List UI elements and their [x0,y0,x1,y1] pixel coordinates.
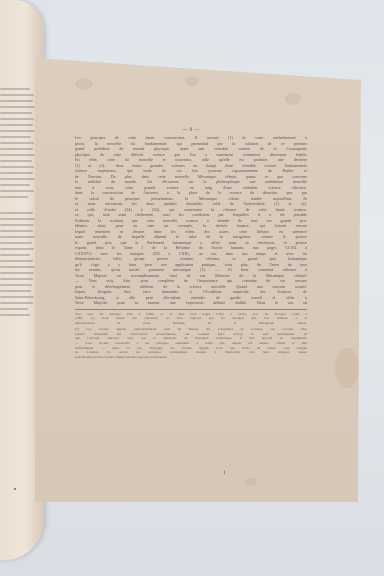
main-book-page: — 9 — Les principes de cette haute const… [35,58,361,502]
left-page-text-column [0,88,36,320]
foxing-stain [75,78,93,90]
footnotes: Sire, avec les marques (34) à (360), ce … [75,312,307,360]
foxing-stain [185,76,199,86]
foxing-stain [335,348,359,388]
footnote-line: démonstration de notre Réforme de la Méc… [75,321,307,326]
page-text-block: — 9 — Les principes de cette haute const… [75,128,307,359]
footnote-line: probablement dans nos jours, l'heure sui… [75,355,307,360]
page-number: — 9 — [75,128,307,133]
footnote-divider [75,309,307,310]
left-page-dot [14,488,16,490]
body-text: Les principes de cette haute constructio… [75,135,307,306]
foxing-stain [245,478,257,486]
signature-mark: 1 [223,471,226,476]
body-line: Votre Majesté, pour sa marine, une expre… [75,300,307,306]
foxing-stain [285,93,301,105]
